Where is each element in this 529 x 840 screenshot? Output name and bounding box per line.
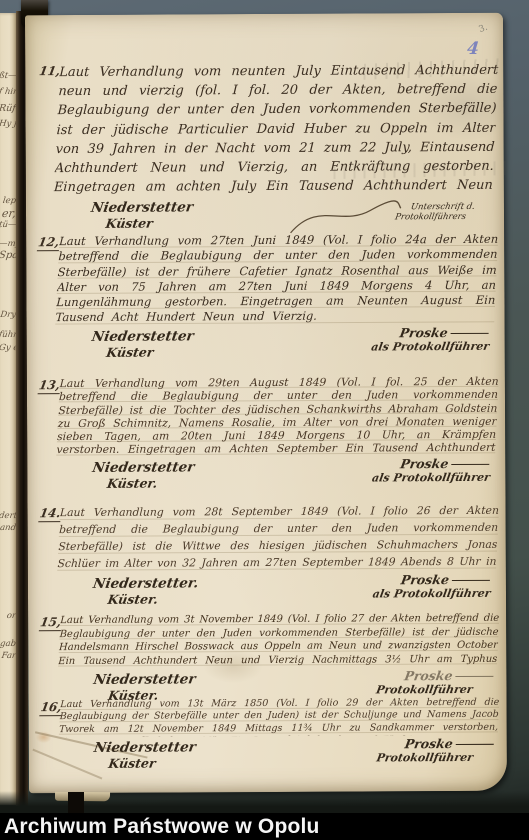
signature-title: als Protokollführer [372,587,492,601]
margin-text-fragment: —my— [0,239,17,249]
margin-text-fragment: Spaß [0,250,17,261]
signature-title: Küster. [107,591,198,606]
signature-row: Niederstetter. Küster. Proske als Protok… [92,574,492,607]
signature-protocol: Proske Protokollführer [375,736,495,765]
entry-text: Laut Verhandlung vom 3t November 1849 (V… [58,612,500,669]
signature-title: Küster [105,344,192,359]
entry-text: Laut Verhandlung vom 13t März 1850 (Vol.… [59,697,500,737]
signature-protocol: Proske als Protokollführer [370,325,493,354]
margin-text-fragment: and [0,523,17,533]
document-page: 3. 4 11, Laut Verhandlung vom neunten Ju… [25,13,507,793]
signature-title: Protokollführer [375,751,492,765]
register-entry: 11, Laut Verhandlung vom neunten July Ei… [25,61,504,232]
signature-name: Niederstetter [93,739,197,756]
signature-title: als Protokollführer [371,471,491,485]
margin-text-fragment: er, [0,207,17,220]
signature-name: Niederstetter. [92,575,200,592]
watermark-text: Archiwum Państwowe w Opolu [0,815,320,839]
signature-title: Protokollführer [375,683,492,697]
signature-row: Niederstetter Küster Unterschrift d. Pro… [90,198,490,231]
margin-text-fragment: dert [0,511,17,521]
signature-name: Proske [404,736,496,751]
signature-clerk: Niederstetter Küster [88,199,195,231]
margin-text-fragment: lep [0,196,17,206]
signature-title: Protokollführers [394,212,474,222]
margin-text-fragment: Hy ja— [0,119,17,129]
margin-text-fragment: Dry [0,310,17,320]
signature-row: Niederstetter Küster Proske Protokollfüh… [93,738,493,771]
signature-protocol: Proske als Protokollführer [371,456,494,485]
signature-clerk: Niederstetter Küster [88,328,195,360]
signature-name: Proske [403,668,495,683]
signature-name: Niederstetter [91,328,195,345]
signature-name: Niederstetter [90,199,194,216]
signature-clerk: Niederstetter. Küster. [90,575,200,607]
margin-text-fragment: Gy er [0,343,17,353]
signature-title: als Protokollführer [370,340,490,354]
margin-text-fragment: Rüfet [0,103,17,114]
entry-text: Laut Verhandlung vom 29ten August 1849 (… [56,375,499,457]
spine-tail [68,792,84,813]
signature-protocol: Proske als Protokollführer [372,572,495,601]
signature-name: Proske [400,572,494,587]
previous-page-edge: ßt—f hineRüfetHy ja—leper,tü——my—SpaßDry… [0,13,17,805]
register-entry: 13, Laut Verhandlung vom 29ten August 18… [27,375,506,492]
archive-scan-viewport: ßt—f hineRüfetHy ja—leper,tü——my—SpaßDry… [0,0,529,840]
signature-protocol: Unterschrift d. Protokollführers [394,202,475,222]
register-entry: 15, Laut Verhandlung vom 3t November 184… [28,612,506,704]
entry-text: Laut Verhandlung vom 27ten Juni 1849 (Vo… [55,232,498,326]
signature-name: Niederstetter [92,671,196,688]
signature-title: Küster [107,755,194,770]
signature-title: Küster. [106,475,193,490]
signature-row: Niederstetter Küster. Proske als Protoko… [91,458,491,491]
signature-name: Unterschrift d. [410,202,476,212]
margin-text-fragment: Far [0,651,17,661]
signature-protocol: Proske Protokollführer [375,668,495,697]
margin-text-fragment: gab [0,639,17,649]
signature-clerk: Niederstetter Küster. [89,459,196,491]
entry-number: 12, [37,235,62,251]
margin-text-fragment: f hine [0,87,17,97]
archive-watermark-bar: Archiwum Państwowe w Opolu [0,813,529,840]
entries: 11, Laut Verhandlung vom neunten July Ei… [25,13,507,793]
signature-clerk: Niederstetter Küster [90,739,197,771]
register-entry: 16, Laut Verhandlung vom 13t März 1850 (… [29,697,507,772]
register-entry: 12, Laut Verhandlung vom 27ten Juni 1849… [26,232,505,361]
paraph-flourish-icon [288,198,404,235]
signature-title: Küster [105,215,192,230]
signature-row: Niederstetter Küster Proske als Protokol… [91,327,491,360]
margin-text-fragment: führ— [0,330,17,340]
margin-text-fragment: or [0,611,17,621]
entry-text: Laut Verhandlung vom 28t September 1849 … [57,503,499,573]
signature-name: Proske [399,325,493,340]
margin-text-fragment: ßt— [0,71,17,81]
margin-text-fragment: tü— [0,220,17,230]
signature-name: Niederstetter [91,459,195,476]
signature-name: Proske [399,456,493,471]
register-entry: 14. Laut Verhandlung vom 28t September 1… [28,503,507,608]
entry-text: Laut Verhandlung vom neunten July Eintau… [53,61,498,197]
